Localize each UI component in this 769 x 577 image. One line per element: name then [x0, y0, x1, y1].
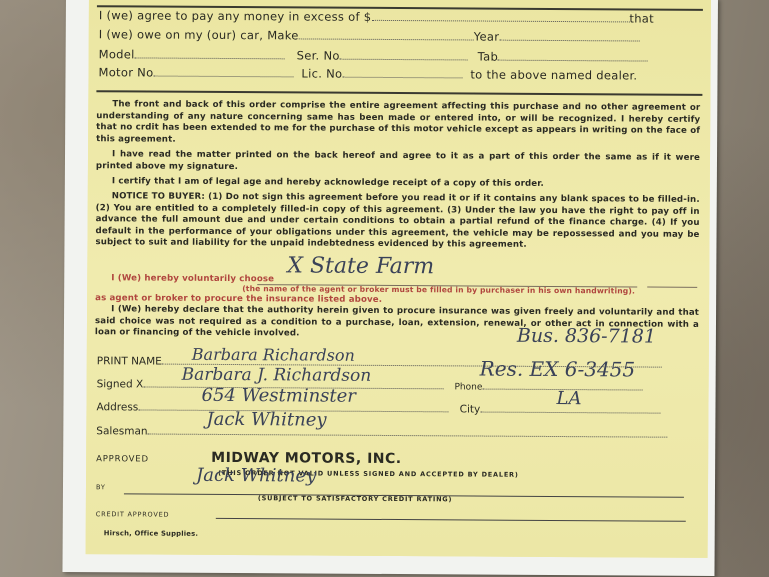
salesman-row: Salesman: [96, 425, 698, 441]
back-matter-paragraph: I have read the matter printed on the ba…: [96, 149, 700, 176]
motor-license-line: Motor No Lic. No to the above named deal…: [98, 65, 700, 83]
phone-handwriting: Res. EX 6-3455: [480, 357, 636, 382]
make-year-line: I (we) owe on my (our) car, MakeYear: [99, 27, 701, 45]
salesman-handwriting: Jack Whitney: [206, 409, 326, 431]
address-handwriting: 654 Westminster: [201, 385, 356, 407]
credit-approved-line: [216, 518, 686, 522]
notice-to-buyer-paragraph: NOTICE TO BUYER: (1) Do not sign this ag…: [95, 191, 699, 252]
approver-signature-handwriting: Jack Whitney: [196, 465, 316, 487]
signature-handwriting: Barbara J. Richardson: [182, 365, 372, 386]
purchase-order-form: I (we) agree to pay any money in excess …: [86, 0, 711, 558]
credit-approved-label: CREDIT APPROVED: [96, 510, 170, 518]
model-serial-line: Model Ser. No Tab: [99, 47, 701, 65]
agent-handwriting: X State Farm: [287, 253, 434, 279]
business-phone-handwriting: Bus. 836-7181: [517, 325, 656, 348]
print-name-handwriting: Barbara Richardson: [192, 345, 355, 365]
agent-line-end: [647, 287, 697, 288]
address-row: Address City: [96, 401, 698, 417]
legal-age-paragraph: I certify that I am of legal age and her…: [96, 176, 700, 191]
approved-label: APPROVED: [96, 454, 149, 464]
excess-payment-line: I (we) agree to pay any money in excess …: [99, 8, 701, 26]
middle-rule: [96, 90, 702, 96]
agreement-paragraph: The front and back of this order compris…: [96, 99, 700, 149]
city-handwriting: LA: [556, 388, 581, 409]
printer-credit: Hirsch, Office Supplies.: [104, 529, 198, 538]
credit-note: (SUBJECT TO SATISFACTORY CREDIT RATING): [258, 494, 452, 503]
by-label: BY: [96, 483, 106, 491]
document-sheet: I (we) agree to pay any money in excess …: [62, 0, 718, 576]
